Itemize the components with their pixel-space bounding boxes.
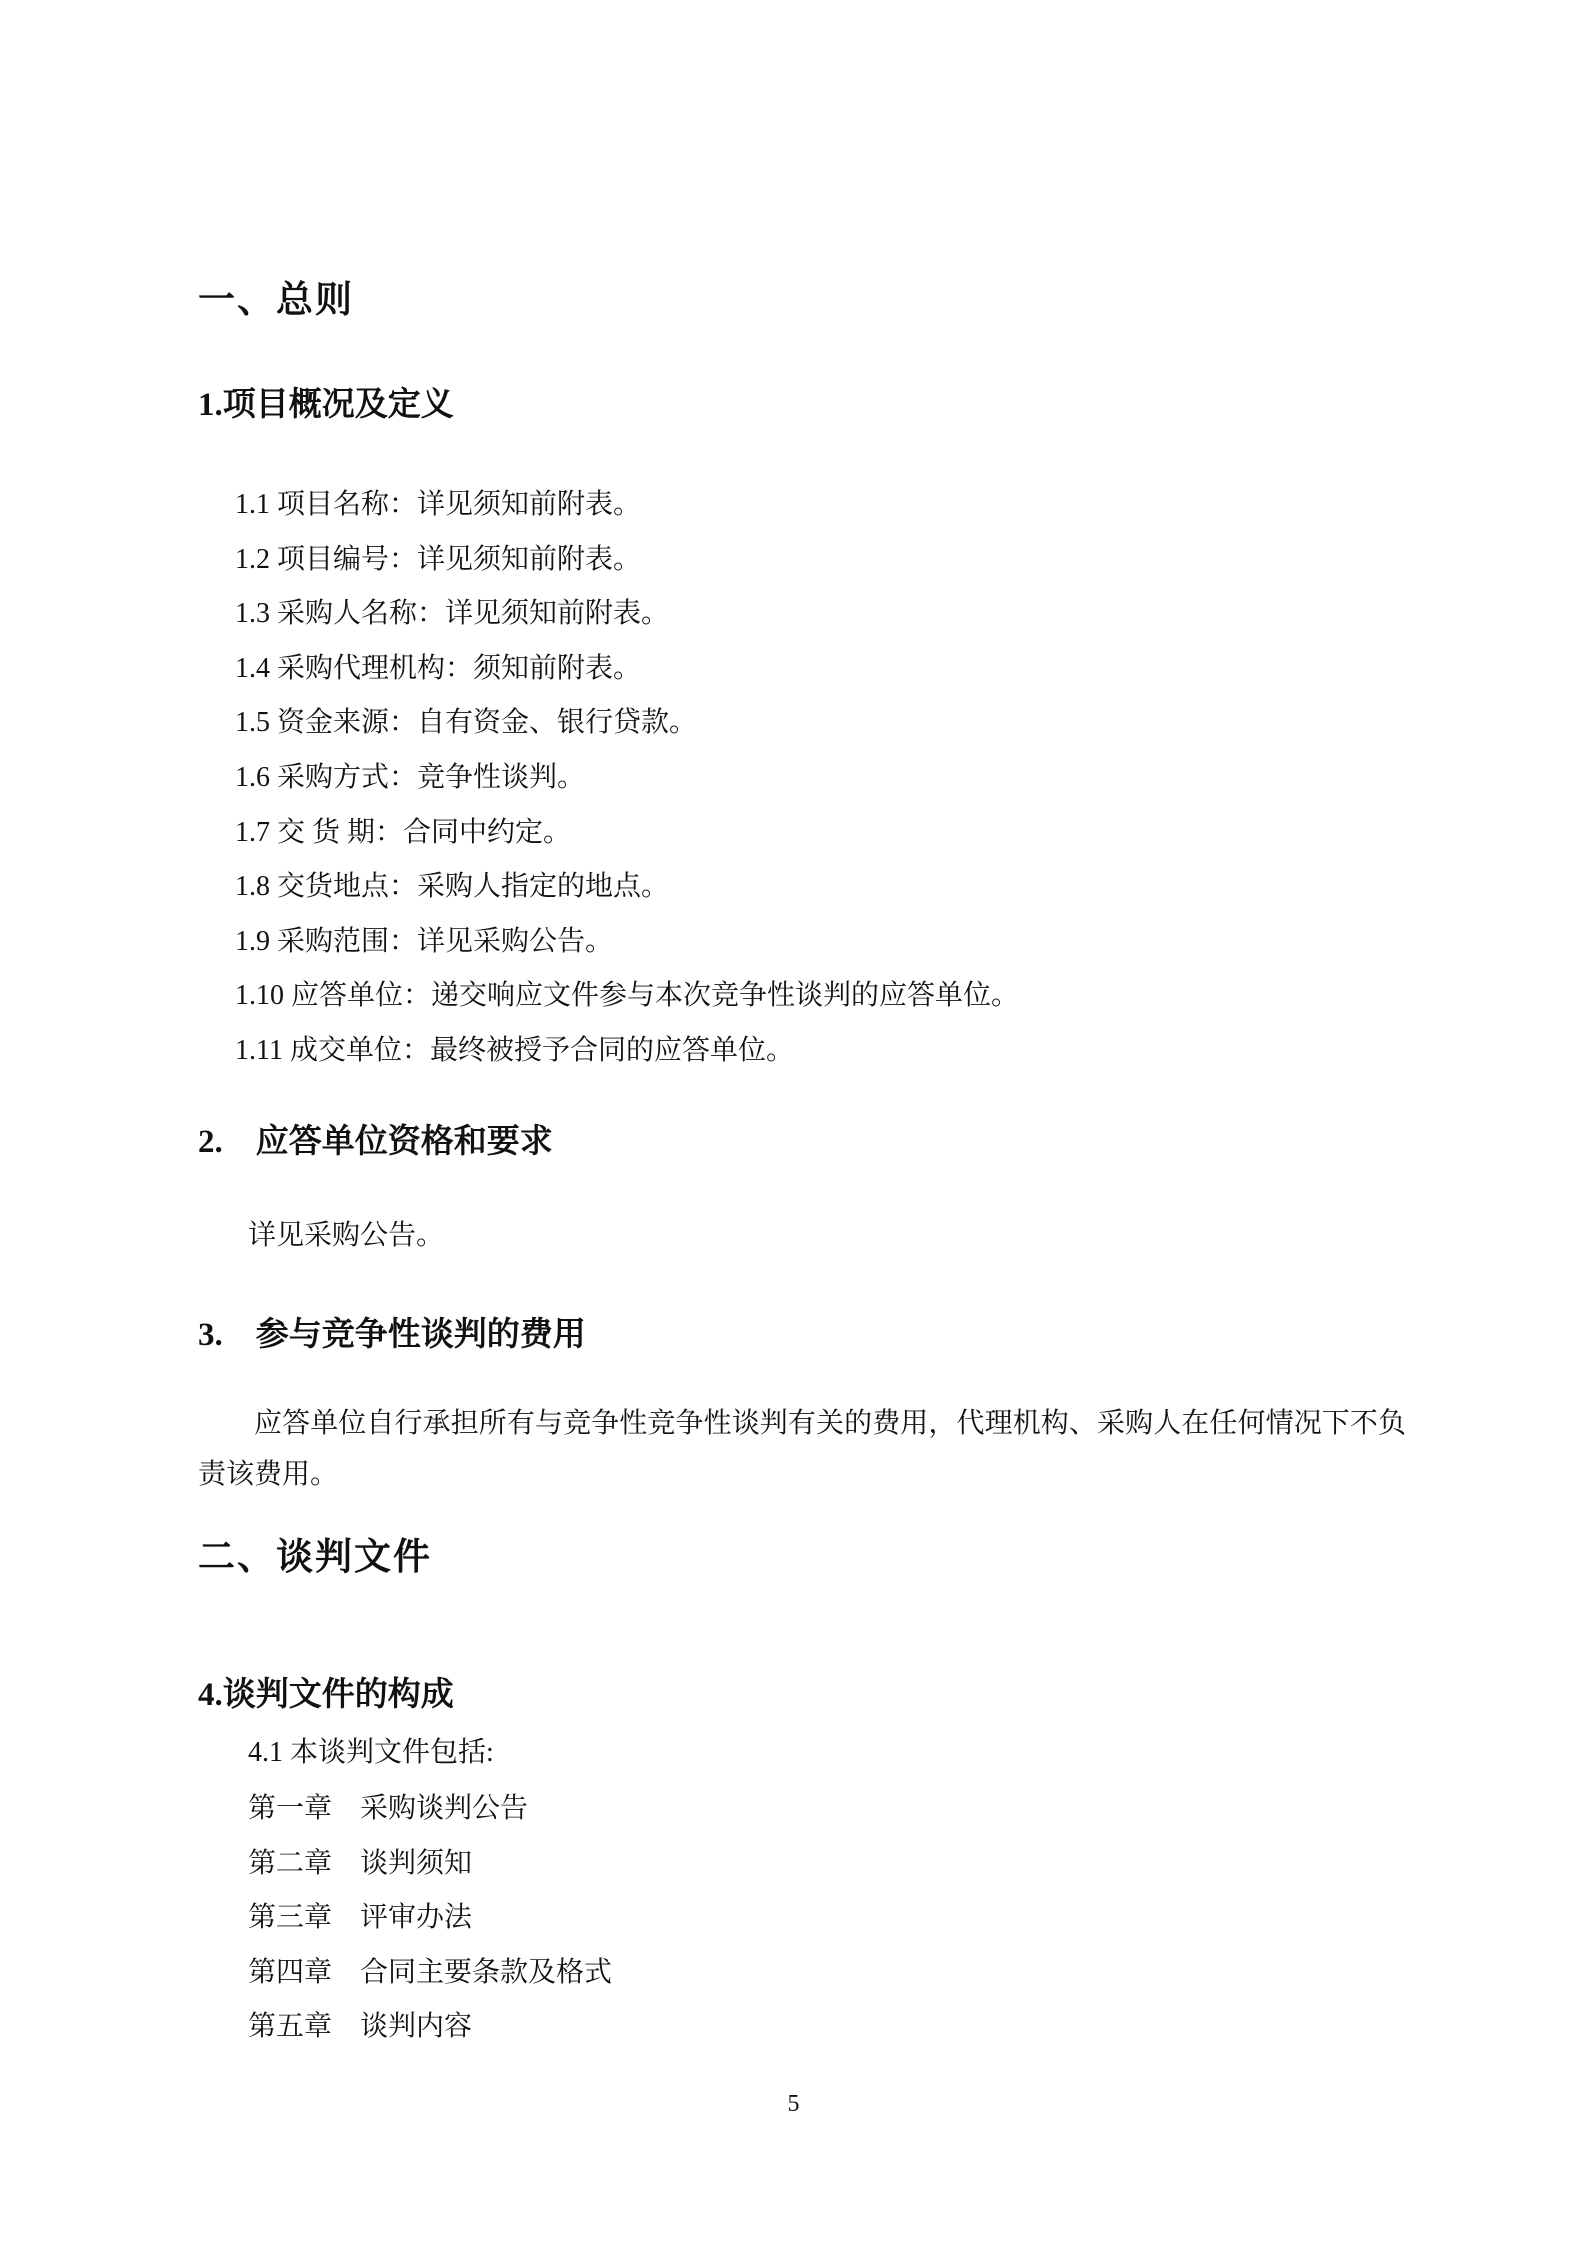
- list-item: 1.8 交货地点：采购人指定的地点。: [235, 860, 1019, 915]
- list-item: 1.9 采购范围：详见采购公告。: [235, 915, 1019, 970]
- chapter-item: 第四章 合同主要条款及格式: [248, 1946, 612, 2001]
- part1-heading: 一、总则: [198, 278, 354, 324]
- chapter-item: 第三章 评审办法: [248, 1891, 612, 1946]
- list-item: 1.7 交 货 期：合同中约定。: [235, 806, 1019, 861]
- list-item: 1.10 应答单位：递交响应文件参与本次竞争性谈判的应答单位。: [235, 969, 1019, 1024]
- section4-intro: 4.1 本谈判文件包括:: [248, 1735, 494, 1771]
- list-item: 1.6 采购方式：竞争性谈判。: [235, 751, 1019, 806]
- chapter-item: 第五章 谈判内容: [248, 2000, 612, 2055]
- chapter-list: 第一章 采购谈判公告 第二章 谈判须知 第三章 评审办法 第四章 合同主要条款及…: [248, 1782, 612, 2055]
- chapter-item: 第一章 采购谈判公告: [248, 1782, 612, 1837]
- document-page: 一、总则 1.项目概况及定义 1.1 项目名称：详见须知前附表。 1.2 项目编…: [0, 0, 1587, 2245]
- part2-heading: 二、谈判文件: [198, 1535, 432, 1581]
- section2-body: 详见采购公告。: [248, 1218, 444, 1254]
- section3-body: 应答单位自行承担所有与竞争性竞争性谈判有关的费用，代理机构、采购人在任何情况下不…: [198, 1398, 1406, 1500]
- section2-title: 2. 应答单位资格和要求: [198, 1122, 553, 1163]
- list-item: 1.1 项目名称：详见须知前附表。: [235, 478, 1019, 533]
- chapter-item: 第二章 谈判须知: [248, 1837, 612, 1892]
- list-item: 1.5 资金来源：自有资金、银行贷款。: [235, 696, 1019, 751]
- list-item: 1.4 采购代理机构：须知前附表。: [235, 642, 1019, 697]
- section1-item-list: 1.1 项目名称：详见须知前附表。 1.2 项目编号：详见须知前附表。 1.3 …: [235, 478, 1019, 1079]
- section1-title: 1.项目概况及定义: [198, 385, 454, 426]
- list-item: 1.11 成交单位：最终被授予合同的应答单位。: [235, 1024, 1019, 1079]
- section4-title: 4.谈判文件的构成: [198, 1675, 454, 1716]
- list-item: 1.3 采购人名称：详见须知前附表。: [235, 587, 1019, 642]
- section3-title: 3. 参与竞争性谈判的费用: [198, 1315, 586, 1356]
- list-item: 1.2 项目编号：详见须知前附表。: [235, 533, 1019, 588]
- page-number: 5: [0, 2090, 1587, 2119]
